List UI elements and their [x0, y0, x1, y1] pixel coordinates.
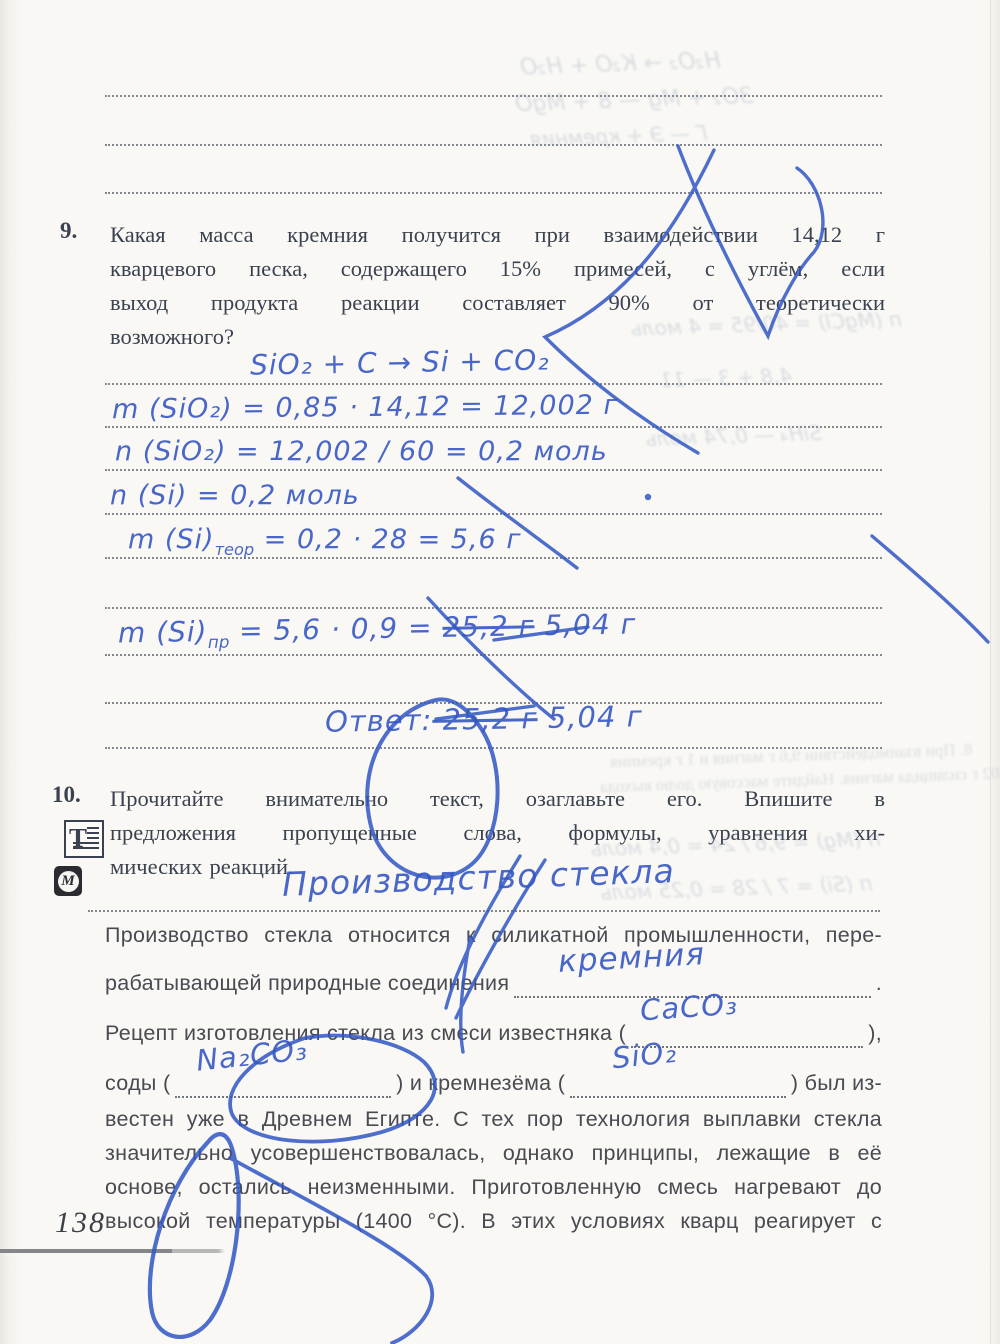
paragraph-text: рабатывающей природные соединения [105, 968, 509, 998]
paragraph-line-2: рабатывающей природные соединения . [105, 968, 882, 998]
handwritten-fill-limestone: CaCO₃ [639, 987, 739, 1028]
hw-text: = 0,2 · 28 = 5,6 г [254, 524, 521, 555]
showthrough-text: 4,8 + 3 — 11 [660, 364, 793, 393]
handwritten-moles-si: n (Si) = 0,2 моль [110, 480, 360, 511]
hw-text: = 5,6 · 0,9 = [229, 611, 443, 648]
answer-struck-value: 25,2 г [432, 701, 538, 737]
showthrough-text: Г — Э + кремния [530, 121, 708, 151]
text-icon-line [87, 827, 99, 829]
notebook-page: 9. Какая масса кремния получится при вза… [0, 0, 1000, 1344]
ruled-line [105, 513, 882, 515]
handwritten-moles-sio2: n (SiO₂) = 12,002 / 60 = 0,2 моль [115, 436, 608, 467]
problem-9-number: 9. [60, 218, 100, 354]
hw-subscript: теор [215, 540, 255, 559]
hw-text: 5,04 г [534, 607, 636, 642]
ruled-line [105, 607, 882, 609]
hw-text: m (Si) [118, 615, 208, 650]
ruled-line [105, 192, 882, 194]
text-icon-line [87, 837, 99, 839]
hw-struck-value: 25,2 г [442, 609, 535, 644]
ruled-line [105, 144, 882, 146]
paragraph-text: Рецепт изготовления стекла из смеси изве… [105, 1018, 626, 1048]
showthrough-text: Н₂О₂ → К₂О + Н₂О [520, 49, 722, 81]
method-icon-letter: М [58, 871, 79, 892]
problem-9-line: Какая масса кремния получится при взаимо… [110, 218, 885, 252]
paragraph-line-5: вестен уже в Древнем Египте. С тех пор т… [105, 1104, 882, 1134]
handwritten-mass-si-practical: m (Si)пр = 5,6 · 0,9 = 25,2 г 5,04 г [118, 607, 637, 653]
text-icon-line [73, 842, 99, 844]
problem-9-line: кварцевого песка, содержащего 15% примес… [110, 252, 885, 286]
text-icon-line [87, 832, 99, 834]
handwritten-mass-sio2: m (SiO₂) = 0,85 · 14,12 = 12,002 г [112, 390, 619, 425]
handwritten-fill-compound: кремния [557, 936, 706, 980]
page-edge-line [990, 0, 991, 1344]
showthrough-text: ЗО₂ + Мg — 8 + МgО [515, 84, 754, 117]
answer-label: Ответ: [325, 703, 433, 739]
handwritten-equation: SiO₂ + C → Si + CO₂ [250, 343, 550, 381]
ruled-line [105, 95, 882, 97]
ruled-line [105, 654, 882, 656]
paragraph-text: ) был из- [791, 1068, 882, 1098]
paragraph-line-8: высокой температуры (1400 °С). В этих ус… [105, 1206, 882, 1236]
hw-subscript: пр [208, 632, 230, 652]
handwritten-mass-si-theoretical: m (Si)теор = 0,2 · 28 = 5,6 г [128, 524, 522, 559]
paragraph-line-7: основе, остались неизменными. Приготовле… [105, 1172, 882, 1202]
handwritten-answer: Ответ: 25,2 г 5,04 г [325, 699, 643, 739]
method-task-icon: М [54, 866, 82, 896]
paragraph-line-6: значительно усовершенствовалась, однако … [105, 1138, 882, 1168]
text-icon-line [73, 847, 99, 849]
pen-dot [645, 494, 651, 500]
pen-stroke-slash [872, 536, 988, 642]
paragraph-text: ) и кремнезёма ( [396, 1068, 565, 1098]
fill-in-blank-silica [570, 1072, 786, 1098]
page-number-rule [0, 1249, 250, 1253]
handwritten-fill-silica: SiO₂ [610, 1035, 678, 1076]
paragraph-text: соды ( [105, 1068, 170, 1098]
text-task-icon: Т [64, 820, 104, 858]
paragraph-line-1: Производство стекла относится к силикатн… [105, 920, 882, 950]
page-number: 138 [55, 1206, 106, 1240]
paragraph-text: . [876, 968, 882, 998]
ruled-line [105, 469, 882, 471]
paragraph-text: ), [868, 1018, 882, 1048]
showthrough-text: SiН₄ — 0,74 моль [645, 421, 823, 451]
answer-value: 5,04 г [537, 699, 643, 735]
hw-text: m (Si) [128, 524, 215, 555]
title-answer-rule [88, 910, 880, 912]
